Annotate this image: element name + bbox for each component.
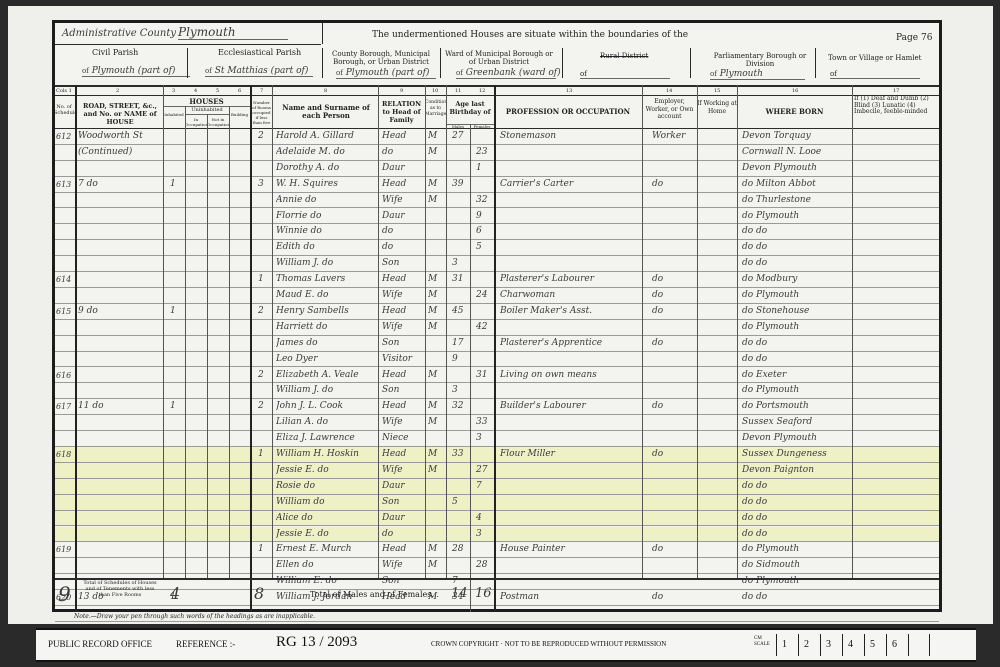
person-name: Florrie do bbox=[276, 209, 378, 225]
table-row: 6162Elizabeth A. VealeHeadM31Living on o… bbox=[55, 368, 939, 384]
street-address bbox=[78, 463, 162, 479]
marital-condition bbox=[428, 606, 445, 622]
table-row: 61711 do12John J. L. CookHeadM32Builder'… bbox=[55, 399, 939, 415]
employment-status bbox=[652, 463, 696, 479]
employment-status bbox=[652, 209, 696, 225]
ward-label: Ward of Municipal Borough or of Urban Di… bbox=[444, 50, 554, 66]
ecclesiastical-parish-value: of St Matthias (part of) bbox=[205, 66, 313, 77]
inhabited-count bbox=[170, 256, 182, 272]
age-male bbox=[452, 320, 468, 336]
person-name: Harold A. Gillard bbox=[276, 129, 378, 145]
schedule-number bbox=[56, 145, 75, 161]
col-header-occupation: PROFESSION OR OCCUPATION bbox=[494, 107, 642, 116]
person-name: Alice do bbox=[276, 511, 378, 527]
marital-condition: M bbox=[428, 415, 445, 431]
age-female bbox=[476, 606, 492, 622]
street-address bbox=[78, 558, 162, 574]
col-divider bbox=[229, 106, 230, 578]
schedule-number bbox=[56, 336, 75, 352]
birthplace: do Plymouth bbox=[742, 574, 850, 590]
age-male bbox=[452, 479, 468, 495]
street-address bbox=[78, 224, 162, 240]
person-name: James do bbox=[276, 336, 378, 352]
schedule-number bbox=[56, 479, 75, 495]
employment-status: do bbox=[652, 304, 696, 320]
age-male bbox=[452, 431, 468, 447]
street-address bbox=[78, 383, 162, 399]
ward-value: of Greenbank (ward of) bbox=[456, 68, 556, 79]
inhabited-count bbox=[170, 336, 182, 352]
total-males-females-label: Total of Males and of Females... bbox=[310, 590, 439, 599]
table-row: Jessie E. dodo3do do bbox=[55, 527, 939, 543]
person-name: Elizabeth A. Veale bbox=[276, 368, 378, 384]
street-address bbox=[78, 272, 162, 288]
employment-status bbox=[652, 495, 696, 511]
birthplace: do Plymouth bbox=[742, 288, 850, 304]
person-name: Rosie do bbox=[276, 479, 378, 495]
age-female: 23 bbox=[476, 145, 492, 161]
table-row: 6141Thomas LaversHeadM31Plasterer's Labo… bbox=[55, 272, 939, 288]
employment-status bbox=[652, 161, 696, 177]
parliamentary-borough-label: Parliamentary Borough or Division bbox=[705, 52, 815, 68]
rooms-count: 1 bbox=[258, 447, 270, 463]
rooms-count bbox=[258, 209, 270, 225]
total-schedules: 9 bbox=[58, 582, 71, 606]
marital-condition: M bbox=[428, 193, 445, 209]
inhabited-count bbox=[170, 193, 182, 209]
marital-condition: M bbox=[428, 272, 445, 288]
schedule-number bbox=[56, 511, 75, 527]
age-female: 24 bbox=[476, 288, 492, 304]
birthplace: do do bbox=[742, 527, 850, 543]
relation: Head bbox=[382, 304, 424, 320]
birthplace: do Plymouth bbox=[742, 320, 850, 336]
scale-mark: 6 bbox=[886, 634, 908, 656]
street-address bbox=[78, 240, 162, 256]
street-address bbox=[78, 447, 162, 463]
county-borough-label: County Borough, Municipal Borough, or Ur… bbox=[326, 50, 436, 66]
table-row: William J. doSon3do do bbox=[55, 256, 939, 272]
schedule-number bbox=[56, 558, 75, 574]
employment-status bbox=[652, 240, 696, 256]
occupation: Plasterer's Labourer bbox=[500, 272, 640, 288]
footer-copyright: CROWN COPYRIGHT · NOT TO BE REPRODUCED W… bbox=[431, 640, 666, 648]
table-row: (Continued)Adelaide M. dodoM23Cornwall N… bbox=[55, 145, 939, 161]
occupation bbox=[500, 240, 640, 256]
ecclesiastical-parish-label: Ecclesiastical Parish bbox=[218, 48, 301, 57]
schedule-number bbox=[56, 383, 75, 399]
page-number: Page 76 bbox=[896, 33, 932, 43]
inhabited-count bbox=[170, 145, 182, 161]
table-row: Rosie doDaur7do do bbox=[55, 479, 939, 495]
inhabited-count bbox=[170, 352, 182, 368]
rooms-count bbox=[258, 256, 270, 272]
intro-text: The undermentioned Houses are situate wi… bbox=[372, 30, 688, 40]
relation: Wife bbox=[382, 463, 424, 479]
age-male: 3 bbox=[452, 383, 468, 399]
age-male bbox=[452, 558, 468, 574]
age-female bbox=[476, 177, 492, 193]
street-address bbox=[78, 479, 162, 495]
table-row: William doSon5do do bbox=[55, 495, 939, 511]
marital-condition: M bbox=[428, 129, 445, 145]
age-female bbox=[476, 383, 492, 399]
employment-status bbox=[652, 606, 696, 622]
birthplace: do do bbox=[742, 240, 850, 256]
footer-reference: RG 13 / 2093 bbox=[276, 634, 357, 651]
table-row: 612Woodworth St2Harold A. GillardHeadM27… bbox=[55, 129, 939, 145]
street-address bbox=[78, 320, 162, 336]
occupation: Plasterer's Apprentice bbox=[500, 336, 640, 352]
employment-status bbox=[652, 352, 696, 368]
col-divider bbox=[642, 85, 643, 578]
col-divider bbox=[494, 85, 496, 612]
relation: Wife bbox=[382, 558, 424, 574]
total-rooms: 8 bbox=[254, 584, 264, 603]
employment-status bbox=[652, 479, 696, 495]
relation: Son bbox=[382, 336, 424, 352]
marital-condition bbox=[428, 495, 445, 511]
occupation bbox=[500, 161, 640, 177]
occupation bbox=[500, 415, 640, 431]
birthplace: Devon Plymouth bbox=[742, 431, 850, 447]
age-male bbox=[452, 527, 468, 543]
occupation bbox=[500, 256, 640, 272]
rooms-count bbox=[258, 352, 270, 368]
marital-condition: M bbox=[428, 288, 445, 304]
schedule-number bbox=[56, 606, 75, 622]
divider bbox=[55, 44, 321, 45]
table-row: 6181William H. HoskinHeadM33Flour Miller… bbox=[55, 447, 939, 463]
schedule-number bbox=[56, 463, 75, 479]
occupation: Charwoman bbox=[500, 288, 640, 304]
street-address bbox=[78, 256, 162, 272]
marital-condition bbox=[428, 383, 445, 399]
person-name: William J. do bbox=[276, 256, 378, 272]
marital-condition: M bbox=[428, 558, 445, 574]
age-female bbox=[476, 352, 492, 368]
inhabited-count bbox=[170, 558, 182, 574]
col-header-in-occupation: In Occupation bbox=[185, 117, 207, 127]
street-address bbox=[78, 352, 162, 368]
table-row: Florrie doDaur9do Plymouth bbox=[55, 209, 939, 225]
occupation: House Painter bbox=[500, 542, 640, 558]
inhabited-count bbox=[170, 224, 182, 240]
employment-status bbox=[652, 558, 696, 574]
inhabited-count bbox=[170, 288, 182, 304]
rooms-count bbox=[258, 224, 270, 240]
birthplace: do do bbox=[742, 336, 850, 352]
schedule-number bbox=[56, 209, 75, 225]
col-divider bbox=[470, 124, 471, 612]
footer-reference-label: REFERENCE :- bbox=[176, 639, 235, 649]
occupation bbox=[500, 193, 640, 209]
age-male bbox=[452, 288, 468, 304]
table-row: James doSon17Plasterer's Apprenticedodo … bbox=[55, 336, 939, 352]
rooms-count bbox=[258, 193, 270, 209]
employment-status bbox=[652, 368, 696, 384]
person-name: Edith do bbox=[276, 240, 378, 256]
occupation: Flour Miller bbox=[500, 447, 640, 463]
age-female bbox=[476, 304, 492, 320]
relation: Head bbox=[382, 368, 424, 384]
occupation bbox=[500, 511, 640, 527]
inhabited-count bbox=[170, 161, 182, 177]
rooms-count bbox=[258, 161, 270, 177]
col-divider bbox=[697, 85, 698, 578]
inhabited-count bbox=[170, 368, 182, 384]
relation: Niece bbox=[382, 431, 424, 447]
col-number: 4 bbox=[194, 88, 197, 94]
age-female: 27 bbox=[476, 463, 492, 479]
rooms-count: 2 bbox=[258, 129, 270, 145]
street-address: 9 do bbox=[78, 304, 162, 320]
col-header-uninhabited: Uninhabited bbox=[185, 107, 229, 113]
divider bbox=[322, 48, 323, 78]
admin-county-label: Administrative County bbox=[62, 28, 176, 39]
age-male bbox=[452, 161, 468, 177]
col-divider bbox=[272, 85, 273, 578]
col-number: 13 bbox=[566, 88, 572, 94]
employment-status: do bbox=[652, 177, 696, 193]
col-number: 6 bbox=[238, 88, 241, 94]
person-name: Maud E. do bbox=[276, 288, 378, 304]
rural-district-label: Rural District bbox=[600, 52, 648, 60]
rooms-count: 2 bbox=[258, 304, 270, 320]
birthplace: Sussex Dungeness bbox=[742, 447, 850, 463]
schedule-number bbox=[56, 320, 75, 336]
footer-office: PUBLIC RECORD OFFICE bbox=[48, 639, 152, 649]
marital-condition: M bbox=[428, 542, 445, 558]
street-address bbox=[78, 288, 162, 304]
birthplace: do Portsmouth bbox=[742, 399, 850, 415]
age-male: 28 bbox=[452, 542, 468, 558]
col-header-where-born: WHERE BORN bbox=[737, 107, 852, 116]
occupation bbox=[500, 527, 640, 543]
col-number: 17 bbox=[893, 88, 899, 94]
age-female bbox=[476, 447, 492, 463]
rooms-count: 1 bbox=[258, 542, 270, 558]
divider bbox=[322, 22, 323, 44]
table-row: Alice doDaur4do do bbox=[55, 511, 939, 527]
age-female: 32 bbox=[476, 193, 492, 209]
street-address: 7 do bbox=[78, 177, 162, 193]
street-address: 11 do bbox=[78, 399, 162, 415]
relation bbox=[382, 606, 424, 622]
parliamentary-borough-value: of Plymouth bbox=[710, 69, 805, 80]
person-name: Jessie E. do bbox=[276, 527, 378, 543]
person-name: Ellen do bbox=[276, 558, 378, 574]
scale-mark: 3 bbox=[820, 634, 842, 656]
person-name: Adelaide M. do bbox=[276, 145, 378, 161]
marital-condition: M bbox=[428, 304, 445, 320]
age-male bbox=[452, 368, 468, 384]
age-female: 33 bbox=[476, 415, 492, 431]
note: Note.—Draw your pen through such words o… bbox=[74, 613, 315, 620]
person-name: Leo Dyer bbox=[276, 352, 378, 368]
age-male bbox=[452, 415, 468, 431]
birthplace: do do bbox=[742, 495, 850, 511]
archive-footer: PUBLIC RECORD OFFICE REFERENCE :- RG 13 … bbox=[36, 628, 976, 662]
age-male bbox=[452, 463, 468, 479]
person-name: Ernest E. Murch bbox=[276, 542, 378, 558]
age-male: 32 bbox=[452, 399, 468, 415]
person-name: Eliza J. Lawrence bbox=[276, 431, 378, 447]
age-female: 31 bbox=[476, 368, 492, 384]
inhabited-count: 1 bbox=[170, 177, 182, 193]
col-divider bbox=[207, 114, 208, 578]
table-row: 62013 do1William J. JordanHeadM34Postman… bbox=[55, 590, 939, 606]
age-male: 3 bbox=[452, 256, 468, 272]
age-female bbox=[476, 399, 492, 415]
rooms-count: 3 bbox=[258, 177, 270, 193]
street-address bbox=[78, 336, 162, 352]
divider bbox=[562, 48, 563, 78]
age-female bbox=[476, 256, 492, 272]
person-name: Thomas Lavers bbox=[276, 272, 378, 288]
col-header-age: Age last Birthday of bbox=[446, 100, 494, 116]
relation: Son bbox=[382, 383, 424, 399]
birthplace: Devon Plymouth bbox=[742, 161, 850, 177]
schedule-number bbox=[56, 256, 75, 272]
person-name: W. H. Squires bbox=[276, 177, 378, 193]
rooms-count bbox=[258, 383, 270, 399]
table-row: Ellen doWifeM28do Sidmouth bbox=[55, 558, 939, 574]
total-males: 14 bbox=[451, 586, 468, 601]
relation: Head bbox=[382, 447, 424, 463]
schedule-number bbox=[56, 527, 75, 543]
employment-status bbox=[652, 145, 696, 161]
occupation bbox=[500, 145, 640, 161]
schedule-number: 613 bbox=[56, 177, 75, 193]
table-row: Harriett doWifeM42do Plymouth bbox=[55, 320, 939, 336]
relation: do bbox=[382, 527, 424, 543]
occupation: Boiler Maker's Asst. bbox=[500, 304, 640, 320]
col-number: 15 bbox=[714, 88, 720, 94]
employment-status: Worker bbox=[652, 129, 696, 145]
rooms-count bbox=[258, 527, 270, 543]
occupation bbox=[500, 209, 640, 225]
schedule-number: 615 bbox=[56, 304, 75, 320]
relation: Daur bbox=[382, 209, 424, 225]
occupation bbox=[500, 224, 640, 240]
street-address bbox=[78, 209, 162, 225]
schedule-number: 619 bbox=[56, 542, 75, 558]
col-number: 8 bbox=[324, 88, 327, 94]
col-divider bbox=[378, 85, 379, 578]
marital-condition: M bbox=[428, 320, 445, 336]
age-female bbox=[476, 336, 492, 352]
occupation: Living on own means bbox=[500, 368, 640, 384]
employment-status bbox=[652, 431, 696, 447]
table-row: Dorothy A. doDaur1Devon Plymouth bbox=[55, 161, 939, 177]
table-row: Jessie E. doWifeM27Devon Paignton bbox=[55, 463, 939, 479]
birthplace: do Stonehouse bbox=[742, 304, 850, 320]
age-male: 45 bbox=[452, 304, 468, 320]
employment-status bbox=[652, 415, 696, 431]
age-female: 7 bbox=[476, 479, 492, 495]
col-header-building: Building bbox=[229, 112, 250, 118]
col-divider bbox=[163, 85, 164, 578]
inhabited-count bbox=[170, 209, 182, 225]
birthplace: do Plymouth bbox=[742, 542, 850, 558]
table-row: William J. doSon3do Plymouth bbox=[55, 383, 939, 399]
admin-county-value: Plymouth bbox=[178, 25, 288, 40]
inhabited-count: 1 bbox=[170, 399, 182, 415]
occupation bbox=[500, 383, 640, 399]
inhabited-count bbox=[170, 495, 182, 511]
age-male: 39 bbox=[452, 177, 468, 193]
col-divider bbox=[75, 85, 77, 612]
col-header-working-at-home: If Working at Home bbox=[697, 100, 737, 115]
age-male bbox=[452, 224, 468, 240]
birthplace: Devon Torquay bbox=[742, 129, 850, 145]
age-female: 9 bbox=[476, 209, 492, 225]
marital-condition bbox=[428, 161, 445, 177]
divider bbox=[55, 85, 939, 87]
occupation bbox=[500, 431, 640, 447]
table-row: Lilian A. doWifeM33Sussex Seaford bbox=[55, 415, 939, 431]
col-header-name: Name and Surname of each Person bbox=[276, 104, 376, 120]
birthplace: do Thurlestone bbox=[742, 193, 850, 209]
age-male: 33 bbox=[452, 447, 468, 463]
col-number: 10 bbox=[432, 88, 438, 94]
age-male bbox=[452, 193, 468, 209]
col-number: 14 bbox=[666, 88, 672, 94]
relation: Wife bbox=[382, 288, 424, 304]
age-male bbox=[452, 209, 468, 225]
person-name: Jessie E. do bbox=[276, 463, 378, 479]
marital-condition bbox=[428, 240, 445, 256]
marital-condition bbox=[428, 574, 445, 590]
marital-condition: M bbox=[428, 399, 445, 415]
schedule-number bbox=[56, 161, 75, 177]
marital-condition bbox=[428, 431, 445, 447]
occupation bbox=[500, 352, 640, 368]
town-hamlet-label: Town or Village or Hamlet bbox=[828, 54, 921, 62]
rooms-count bbox=[258, 558, 270, 574]
inhabited-count bbox=[170, 431, 182, 447]
col-header-houses: HOUSES bbox=[163, 97, 250, 106]
person-name: William H. Hoskin bbox=[276, 447, 378, 463]
marital-condition: M bbox=[428, 177, 445, 193]
table-row: 6137 do13W. H. SquiresHeadM39Carrier's C… bbox=[55, 177, 939, 193]
total-females: 16 bbox=[475, 586, 492, 601]
rooms-count bbox=[258, 479, 270, 495]
person-name: Annie do bbox=[276, 193, 378, 209]
table-row: Annie doWifeM32do Thurlestone bbox=[55, 193, 939, 209]
inhabited-count bbox=[170, 240, 182, 256]
col-divider bbox=[425, 85, 426, 578]
inhabited-count bbox=[170, 479, 182, 495]
inhabited-count bbox=[170, 129, 182, 145]
schedule-number bbox=[56, 415, 75, 431]
birthplace: do do bbox=[742, 256, 850, 272]
relation: Son bbox=[382, 256, 424, 272]
street-address bbox=[78, 495, 162, 511]
relation: Daur bbox=[382, 479, 424, 495]
divider bbox=[815, 48, 816, 78]
age-male: 27 bbox=[452, 129, 468, 145]
street-address bbox=[78, 511, 162, 527]
street-address bbox=[78, 415, 162, 431]
rooms-count bbox=[258, 415, 270, 431]
birthplace: Devon Paignton bbox=[742, 463, 850, 479]
street-address: (Continued) bbox=[78, 145, 162, 161]
marital-condition bbox=[428, 336, 445, 352]
rooms-count: 2 bbox=[258, 368, 270, 384]
col-number: 3 bbox=[172, 88, 175, 94]
